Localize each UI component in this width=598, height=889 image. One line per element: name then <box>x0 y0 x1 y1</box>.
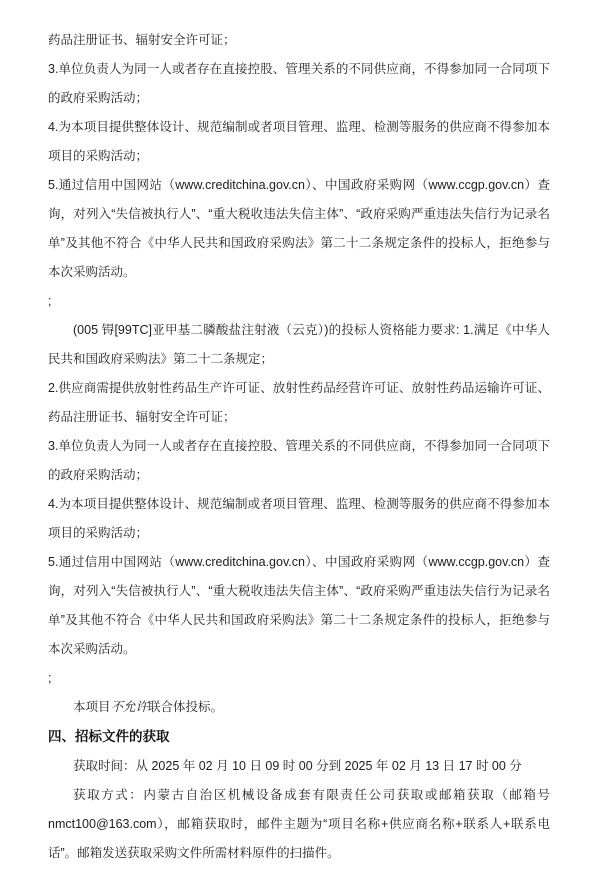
text-run: 本项目 <box>73 700 111 714</box>
text-run: 获取时间：从 2025 年 02 月 10 日 09 时 00 分到 2025 … <box>73 759 522 773</box>
document-content: 药品注册证书、辐射安全许可证；3.单位负责人为同一人或者存在直接控股、管理关系的… <box>48 26 550 868</box>
text-run: (005 锝[99TC]亚甲基二膦酸盐注射液（云克）)的投标人资格能力要求: 1… <box>48 323 550 366</box>
para-semicolon-1: ; <box>48 287 550 316</box>
text-run: 5.通过信用中国网站（www.creditchina.gov.cn）、中国政府采… <box>48 555 550 656</box>
text-run: 3.单位负责人为同一人或者存在直接控股、管理关系的不同供应商，不得参加同一合同项… <box>48 439 550 482</box>
para-rule4-first: 4.为本项目提供整体设计、规范编制或者项目管理、监理、检测等服务的供应商不得参加… <box>48 113 550 171</box>
para-rule3-first: 3.单位负责人为同一人或者存在直接控股、管理关系的不同供应商，不得参加同一合同项… <box>48 55 550 113</box>
text-run: 5.通过信用中国网站（www.creditchina.gov.cn）、中国政府采… <box>48 178 550 279</box>
para-obtain-method: 获取方式：内蒙古自治区机械设备成套有限责任公司获取或邮箱获取（邮箱号nmct10… <box>48 781 550 868</box>
para-rule5-first: 5.通过信用中国网站（www.creditchina.gov.cn）、中国政府采… <box>48 171 550 287</box>
para-item-005-qualification: (005 锝[99TC]亚甲基二膦酸盐注射液（云克）)的投标人资格能力要求: 1… <box>48 316 550 374</box>
text-run: 3.单位负责人为同一人或者存在直接控股、管理关系的不同供应商，不得参加同一合同项… <box>48 62 550 105</box>
text-run: 药品注册证书、辐射安全许可证； <box>48 33 236 47</box>
para-certificates-continuation: 药品注册证书、辐射安全许可证； <box>48 26 550 55</box>
text-run: 2.供应商需提供放射性药品生产许可证、放射性药品经营许可证、放射性药品运输许可证… <box>48 381 550 424</box>
para-no-consortium: 本项目不允许联合体投标。 <box>48 693 550 722</box>
para-rule2-second: 2.供应商需提供放射性药品生产许可证、放射性药品经营许可证、放射性药品运输许可证… <box>48 374 550 432</box>
text-run: 四、招标文件的获取 <box>48 729 170 744</box>
heading-section-4-obtain-documents: 四、招标文件的获取 <box>48 722 550 752</box>
para-rule4-second: 4.为本项目提供整体设计、规范编制或者项目管理、监理、检测等服务的供应商不得参加… <box>48 490 550 548</box>
text-run: 4.为本项目提供整体设计、规范编制或者项目管理、监理、检测等服务的供应商不得参加… <box>48 497 550 540</box>
text-run: ; <box>48 294 51 308</box>
text-run: 4.为本项目提供整体设计、规范编制或者项目管理、监理、检测等服务的供应商不得参加… <box>48 120 550 163</box>
text-run: ; <box>48 671 51 685</box>
text-run: 联合体投标。 <box>148 700 223 714</box>
para-rule3-second: 3.单位负责人为同一人或者存在直接控股、管理关系的不同供应商，不得参加同一合同项… <box>48 432 550 490</box>
emphasis-text-run: 不允许 <box>111 700 149 714</box>
text-run: 获取方式：内蒙古自治区机械设备成套有限责任公司获取或邮箱获取（邮箱号nmct10… <box>48 788 550 860</box>
para-semicolon-2: ; <box>48 664 550 693</box>
para-rule5-second: 5.通过信用中国网站（www.creditchina.gov.cn）、中国政府采… <box>48 548 550 664</box>
document-page: 药品注册证书、辐射安全许可证；3.单位负责人为同一人或者存在直接控股、管理关系的… <box>0 0 598 889</box>
para-obtain-time: 获取时间：从 2025 年 02 月 10 日 09 时 00 分到 2025 … <box>48 752 550 781</box>
